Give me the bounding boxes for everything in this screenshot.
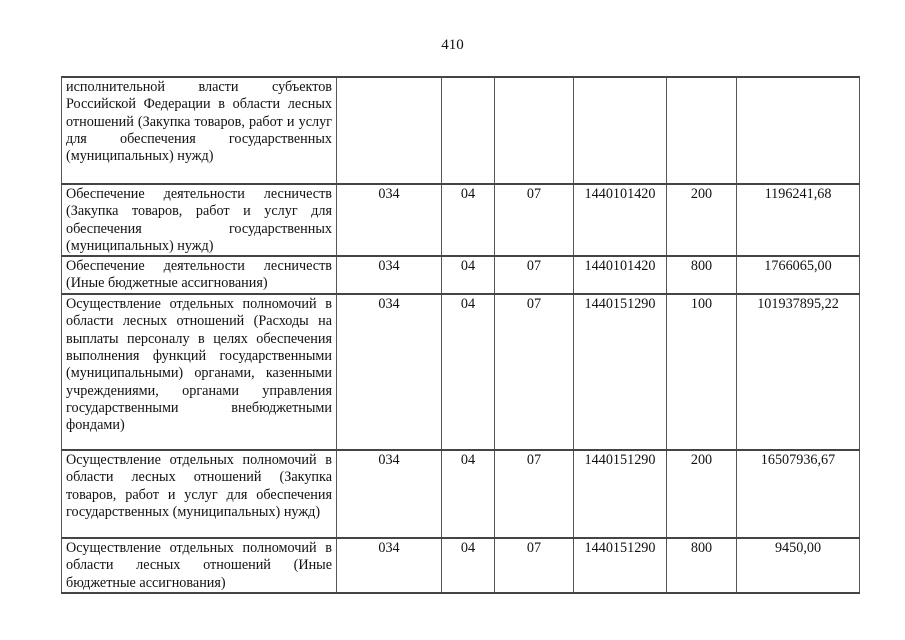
subsection-code-cell: 07	[495, 450, 574, 538]
amount-cell: 101937895,22	[737, 294, 860, 450]
subsection-code-cell: 07	[495, 538, 574, 593]
table-row: Осуществление отдельных полномочий в обл…	[62, 294, 860, 450]
budget-table: исполнительной власти субъектов Российск…	[61, 76, 860, 594]
section-code-cell: 04	[442, 184, 495, 256]
subsection-code-cell: 07	[495, 184, 574, 256]
section-code-cell: 04	[442, 538, 495, 593]
target-article-code-cell: 1440151290	[574, 450, 667, 538]
section-code-cell: 04	[442, 294, 495, 450]
table-row: Обеспечение деятельности лесничеств (Ины…	[62, 256, 860, 294]
target-article-code-cell: 1440101420	[574, 184, 667, 256]
target-article-code-cell: 1440151290	[574, 538, 667, 593]
ministry-code-cell: 034	[337, 256, 442, 294]
ministry-code-cell	[337, 77, 442, 184]
amount-cell: 1196241,68	[737, 184, 860, 256]
row-description-cell: исполнительной власти субъектов Российск…	[62, 77, 337, 184]
target-article-code-cell: 1440151290	[574, 294, 667, 450]
row-description-cell: Осуществление отдельных полномочий в обл…	[62, 294, 337, 450]
ministry-code-cell: 034	[337, 294, 442, 450]
section-code-cell: 04	[442, 256, 495, 294]
table-row: исполнительной власти субъектов Российск…	[62, 77, 860, 184]
expense-type-code-cell: 800	[667, 538, 737, 593]
expense-type-code-cell: 200	[667, 450, 737, 538]
section-code-cell: 04	[442, 450, 495, 538]
amount-cell	[737, 77, 860, 184]
row-description-cell: Обеспечение деятельности лесничеств (Ины…	[62, 256, 337, 294]
subsection-code-cell: 07	[495, 294, 574, 450]
amount-cell: 1766065,00	[737, 256, 860, 294]
expense-type-code-cell	[667, 77, 737, 184]
ministry-code-cell: 034	[337, 450, 442, 538]
table-row: Осуществление отдельных полномочий в обл…	[62, 450, 860, 538]
ministry-code-cell: 034	[337, 538, 442, 593]
subsection-code-cell	[495, 77, 574, 184]
page-number: 410	[0, 37, 905, 54]
row-description-cell: Осуществление отдельных полномочий в обл…	[62, 450, 337, 538]
target-article-code-cell	[574, 77, 667, 184]
subsection-code-cell: 07	[495, 256, 574, 294]
table-row: Осуществление отдельных полномочий в обл…	[62, 538, 860, 593]
target-article-code-cell: 1440101420	[574, 256, 667, 294]
amount-cell: 9450,00	[737, 538, 860, 593]
expense-type-code-cell: 200	[667, 184, 737, 256]
ministry-code-cell: 034	[337, 184, 442, 256]
expense-type-code-cell: 100	[667, 294, 737, 450]
expense-type-code-cell: 800	[667, 256, 737, 294]
row-description-cell: Обеспечение деятельности лесничеств (Зак…	[62, 184, 337, 256]
section-code-cell	[442, 77, 495, 184]
table-row: Обеспечение деятельности лесничеств (Зак…	[62, 184, 860, 256]
row-description-cell: Осуществление отдельных полномочий в обл…	[62, 538, 337, 593]
amount-cell: 16507936,67	[737, 450, 860, 538]
